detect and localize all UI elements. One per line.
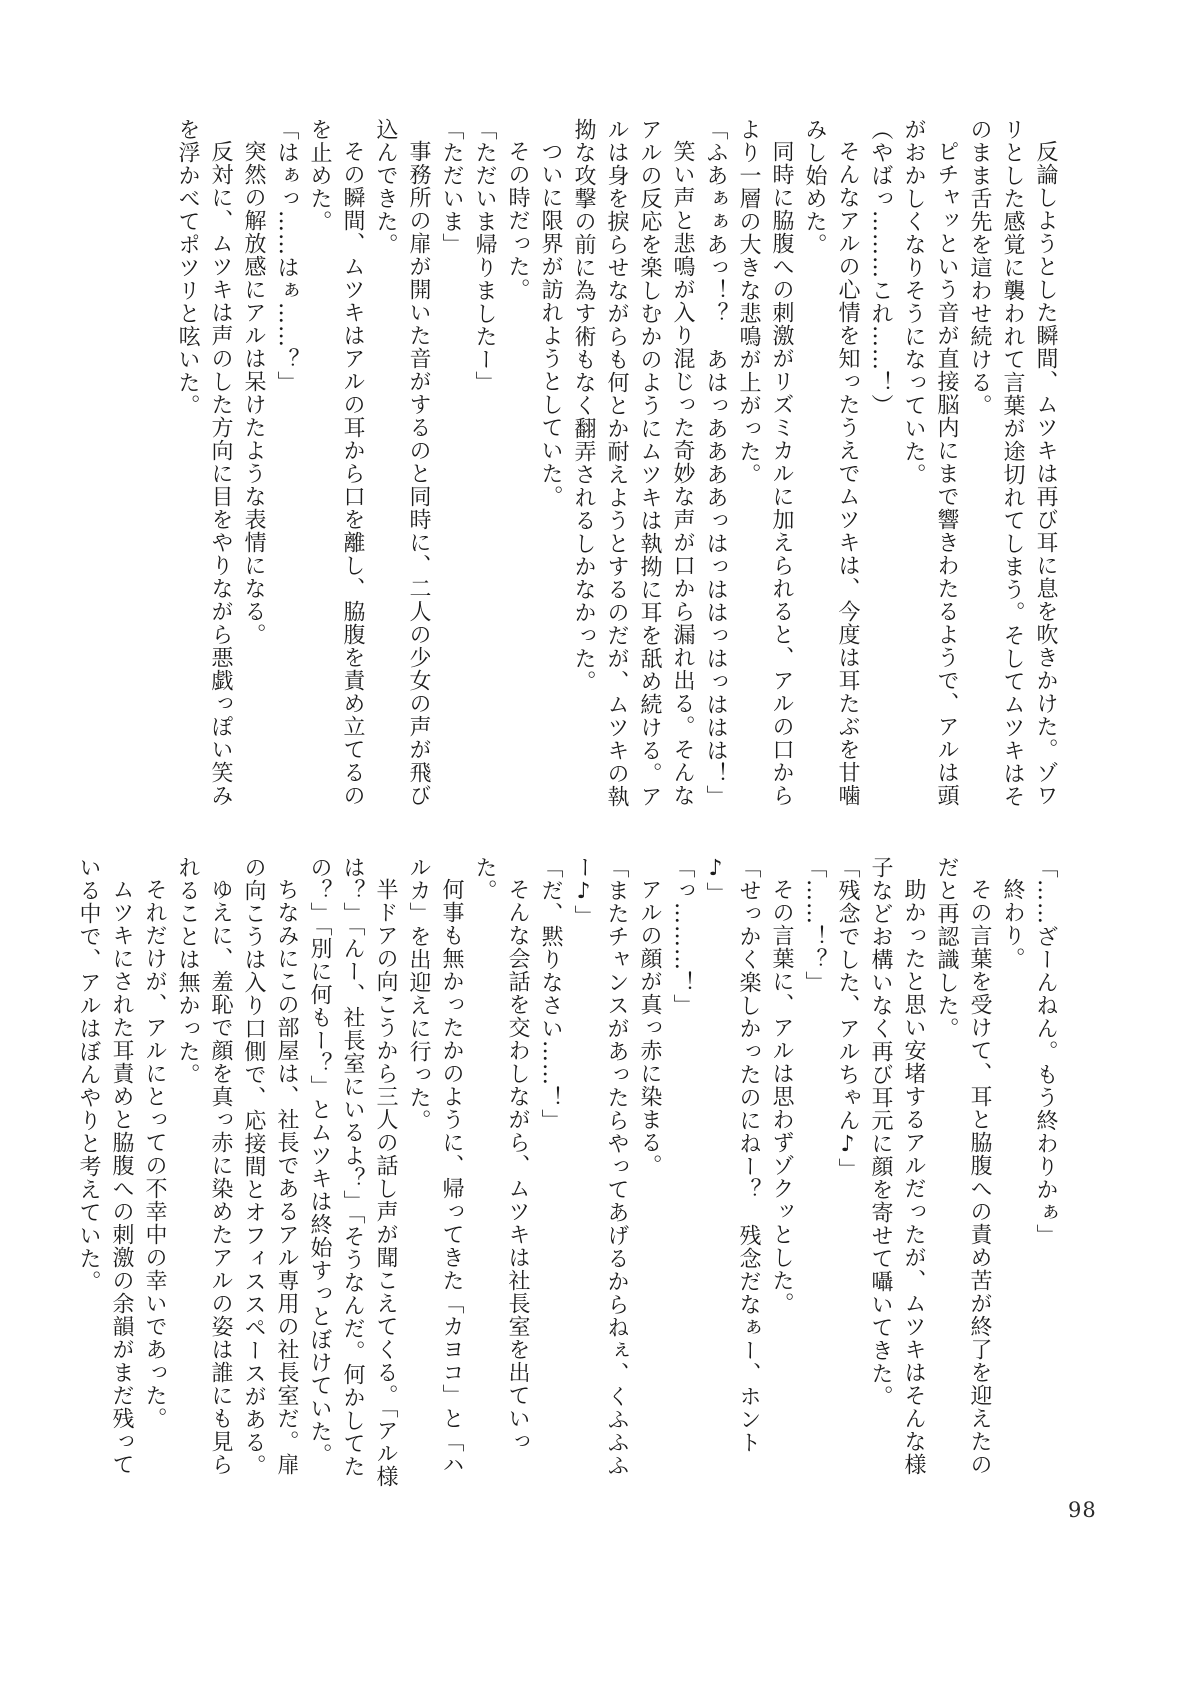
paragraph: その言葉に、アルは思わずゾクッとした。 <box>765 856 798 1488</box>
paragraph: 「またチャンスがあったらやってあげるからねぇ、くふふふー♪」 <box>567 856 633 1488</box>
paragraph: その瞬間、ムツキはアルの耳から口を離し、脇腹を責め立てるのを止めた。 <box>303 118 369 828</box>
paragraph: 「……ざーんねん。もう終わりかぁ」 <box>1029 856 1062 1488</box>
paragraph: ちなみにこの部屋は、社長であるアル専用の社長室だ。扉の向こうは入り口側で、応接間… <box>237 856 303 1488</box>
paragraph: ピチャッという音が直接脳内にまで響きわたるようで、アルは頭がおかしくなりそうにな… <box>897 118 963 828</box>
paragraph: （やばっ………これ……！） <box>864 118 897 828</box>
vertical-text-block-bottom: 「……ざーんねん。もう終わりかぁ」終わり。その言葉を受けて、耳と脇腹への責め苦が… <box>72 856 1062 1488</box>
paragraph: 「ふあぁぁあっ！？ あはっああああっはっははっはっははは！」 <box>699 118 732 828</box>
paragraph: 半ドアの向こうから三人の話し声が聞こえてくる。「アル様は？」「んー、社長室にいる… <box>303 856 402 1488</box>
paragraph: 反対に、ムツキは声のした方向に目をやりながら悪戯っぽい笑みを浮かべてポツリと呟い… <box>171 118 237 828</box>
paragraph: 「だ、黙りなさい……！」 <box>534 856 567 1488</box>
paragraph: 「ただいま帰りましたー」 <box>468 118 501 828</box>
paragraph: そんな会話を交わしながら、ムツキは社長室を出ていった。 <box>468 856 534 1488</box>
paragraph: アルの顔が真っ赤に染まる。 <box>633 856 666 1488</box>
paragraph: 突然の解放感にアルは呆けたような表情になる。 <box>237 118 270 828</box>
paragraph: 事務所の扉が開いた音がするのと同時に、二人の少女の声が飛び込んできた。 <box>369 118 435 828</box>
paragraph: 反論しようとした瞬間、ムツキは再び耳に息を吹きかけた。ゾワリとした感覚に襲われて… <box>963 118 1062 828</box>
paragraph: 「せっかく楽しかったのにねー？ 残念だなぁー、ホント♪」 <box>699 856 765 1488</box>
vertical-text-block-top: 反論しようとした瞬間、ムツキは再び耳に息を吹きかけた。ゾワリとした感覚に襲われて… <box>171 118 1062 828</box>
paragraph: 「はぁっ……はぁ……？」 <box>270 118 303 828</box>
paragraph: ゆえに、羞恥で顔を真っ赤に染めたアルの姿は誰にも見られることは無かった。 <box>171 856 237 1488</box>
paragraph: その言葉を受けて、耳と脇腹への責め苦が終了を迎えたのだと再認識した。 <box>930 856 996 1488</box>
paragraph: 助かったと思い安堵するアルだったが、ムツキはそんな様子などお構いなく再び耳元に顔… <box>864 856 930 1488</box>
paragraph: 「残念でした、アルちゃん♪」 <box>831 856 864 1488</box>
paragraph: 何事も無かったかのように、帰ってきた「カヨコ」と「ハルカ」を出迎えに行った。 <box>402 856 468 1488</box>
page-number: 98 <box>1068 1498 1097 1522</box>
paragraph: その時だった。 <box>501 118 534 828</box>
paragraph: 「……！？」 <box>798 856 831 1488</box>
paragraph: そんなアルの心情を知ったうえでムツキは、今度は耳たぶを甘噛みし始めた。 <box>798 118 864 828</box>
paragraph: 「っ………！」 <box>666 856 699 1488</box>
paragraph: ムツキにされた耳責めと脇腹への刺激の余韻がまだ残っている中で、アルはぼんやりと考… <box>72 856 138 1488</box>
novel-page: 反論しようとした瞬間、ムツキは再び耳に息を吹きかけた。ゾワリとした感覚に襲われて… <box>0 0 1200 1695</box>
paragraph: それだけが、アルにとっての不幸中の幸いであった。 <box>138 856 171 1488</box>
paragraph: 笑い声と悲鳴が入り混じった奇妙な声が口から漏れ出る。そんなアルの反応を楽しむかの… <box>567 118 699 828</box>
paragraph: ついに限界が訪れようとしていた。 <box>534 118 567 828</box>
paragraph: 「ただいま」 <box>435 118 468 828</box>
paragraph: 同時に脇腹への刺激がリズミカルに加えられると、アルの口からより一層の大きな悲鳴が… <box>732 118 798 828</box>
paragraph: 終わり。 <box>996 856 1029 1488</box>
